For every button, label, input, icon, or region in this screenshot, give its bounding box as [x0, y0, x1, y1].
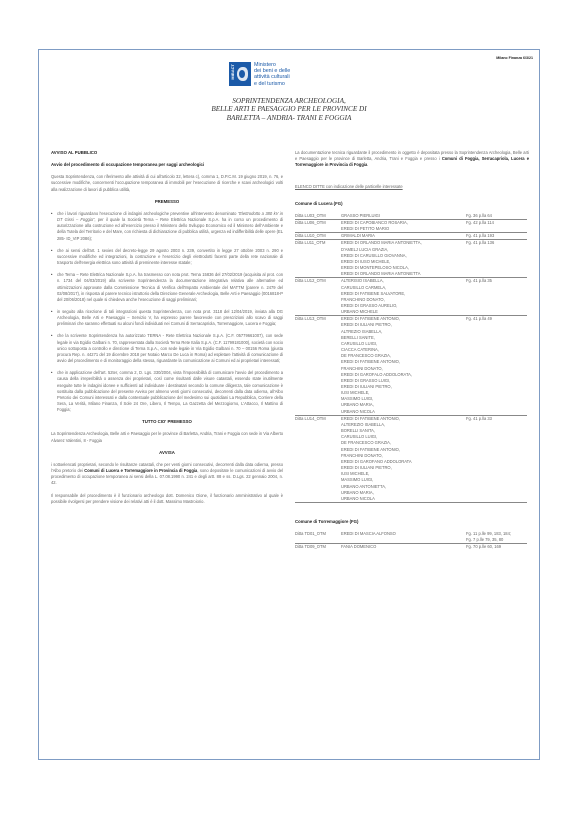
ditta-row: Ditta TD01_OTMEREDI DI MASCIA ALFONSOFg.…: [295, 531, 527, 544]
ditta-row: Ditta LU12_OTMALTERISIO ISABELLA,CARUSIL…: [295, 278, 527, 316]
ditte-table: Ditta LU03_OTMGRASSO PIERLUIGIFg. 36 p.l…: [295, 213, 527, 503]
ditta-parcel: Fg. 41 p.lla 193: [466, 233, 527, 240]
ditta-row: Ditta LU11_OTMEREDI DI ORLANDO MARIA ANT…: [295, 240, 527, 278]
ditta-owners: GRIMALDI MARIA: [341, 233, 466, 240]
ditta-parcel: Fg. 41 p.lla 136: [466, 240, 527, 278]
publication-label: Milano Finanza 6/3/21: [496, 56, 533, 60]
title-line: BELLE ARTI E PAESAGGIO PER LE PROVINCE D…: [39, 105, 539, 113]
logo-line: e del turismo: [254, 81, 290, 87]
header-title: SOPRINTENDENZA ARCHEOLOGIA, BELLE ARTI E…: [39, 97, 539, 122]
ditta-row: Ditta LU14_OTMEREDI DI FATIBENE ANTONIO,…: [295, 415, 527, 502]
ditta-id: Ditta LU06_OTM: [295, 219, 341, 232]
ditta-id: Ditta TD01_OTM: [295, 531, 341, 544]
ditta-row: Ditta LU13_OTMEREDI DI FATIBENE ANTONIO,…: [295, 316, 527, 416]
ditta-parcel: Fg. 41 p.lla 49: [466, 316, 527, 416]
ditta-row: Ditta LU06_OTMEREDI DI CAPOBIANCO ROSARI…: [295, 219, 527, 232]
ditta-owners: EREDI DI CAPOBIANCO ROSARIA,EREDI DI PET…: [341, 219, 466, 232]
right-column: La documentazione tecnica riguardante il…: [295, 150, 529, 567]
title-line: SOPRINTENDENZA ARCHEOLOGIA,: [39, 97, 539, 105]
ditta-parcel: Fg. 42 p.lla 114: [466, 219, 527, 232]
logo-acronym: MiBACT: [230, 64, 235, 80]
ditta-id: Ditta LU13_OTM: [295, 316, 341, 416]
ditta-owners: GRASSO PIERLUIGI: [341, 213, 466, 220]
title-line: BARLETTA – ANDRIA- TRANI E FOGGIA: [39, 114, 539, 122]
premesso-list: che i lavori riguardano l'esecuzione di …: [51, 211, 283, 413]
ditta-owners: ALTERISIO ISABELLA,CARUSILLO CARMELA,ERE…: [341, 278, 466, 316]
ditta-id: Ditta LU11_OTM: [295, 240, 341, 278]
mibact-emblem-icon: MiBACT: [229, 62, 251, 86]
tutto-premesso-text: La Soprintendenza Archeologia, Belle art…: [51, 431, 283, 443]
premesso-item: che la scrivente Soprintendenza ha autor…: [51, 333, 283, 364]
left-column: AVVISO AL PUBBLICO Avvio del procediment…: [51, 150, 283, 505]
ditta-owners: EREDI DI FATIBENE ANTONIO,EREDI DI IULIA…: [341, 316, 466, 416]
premesso-item: che ai sensi dell'art. 1 sexies del decr…: [51, 248, 283, 266]
ditta-parcel: Fg. 41 p.lla 35: [466, 278, 527, 316]
avvisa-paragraph: i sottoelencati proprietari, secondo le …: [51, 462, 283, 487]
responsabile-paragraph: Il responsabile del procedimento è il fu…: [51, 493, 283, 505]
ditta-id: Ditta LU14_OTM: [295, 415, 341, 502]
intro-paragraph: Questa Soprintendenza, con riferimento a…: [51, 174, 283, 192]
ditta-parcel: Fg. 11 p.lle 99, 183, 184;Fg. 7 p.lle 79…: [466, 531, 527, 544]
ditta-parcel: Fg. 41 p.lla 33: [466, 415, 527, 502]
premesso-item: in seguito alla ricezione di tali integr…: [51, 309, 283, 327]
ditta-owners: FANIA DOMENICO: [341, 544, 466, 551]
ditta-id: Ditta LU12_OTM: [295, 278, 341, 316]
ditta-owners: EREDI DI FATIBENE ANTONIO,ALTEREZIO ISAB…: [341, 415, 466, 502]
logo-line: attività culturali: [254, 74, 290, 80]
ditta-id: Ditta LU03_OTM: [295, 213, 341, 220]
newspaper-notice-page: Milano Finanza 6/3/21 MiBACT Ministero d…: [38, 49, 540, 760]
logo-text: Ministero dei beni e delle attività cult…: [254, 62, 290, 87]
ditta-row: Ditta LU03_OTMGRASSO PIERLUIGIFg. 36 p.l…: [295, 213, 527, 220]
ditta-parcel: Fg. 70 p.lle 60, 169: [466, 544, 527, 551]
documentation-paragraph: La documentazione tecnica riguardante il…: [295, 150, 529, 168]
comuni-list: Comune di Lucera (FG)Ditta LU03_OTMGRASS…: [295, 201, 529, 567]
ditta-owners: EREDI DI ORLANDO MARIA ANTONIETTA,D'AMEL…: [341, 240, 466, 278]
ditta-row: Ditta LU10_OTMGRIMALDI MARIAFg. 41 p.lla…: [295, 233, 527, 240]
ditta-id: Ditta TD09_OTM: [295, 544, 341, 551]
premesso-item: che i lavori riguardano l'esecuzione di …: [51, 211, 283, 242]
ditta-row: Ditta TD09_OTMFANIA DOMENICOFg. 70 p.lle…: [295, 544, 527, 551]
ditta-owners: EREDI DI MASCIA ALFONSO: [341, 531, 466, 544]
ditta-id: Ditta LU10_OTM: [295, 233, 341, 240]
premesso-item: che Terna – Rete Elettrica Nazionale S.p…: [51, 272, 283, 303]
premesso-item: che in applicazione dell'art. 52ter, com…: [51, 370, 283, 413]
ditte-table: Ditta TD01_OTMEREDI DI MASCIA ALFONSOFg.…: [295, 531, 527, 550]
ditta-parcel: Fg. 36 p.lla 64: [466, 213, 527, 220]
ministry-logo: MiBACT Ministero dei beni e delle attivi…: [229, 62, 290, 87]
